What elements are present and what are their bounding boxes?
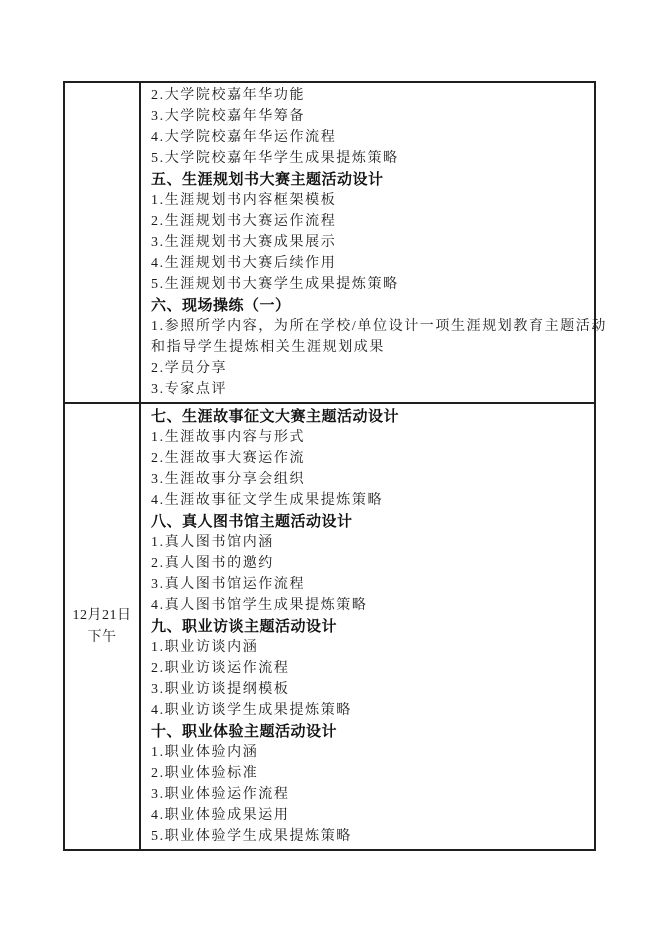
content-line: 4.大学院校嘉年华运作流程 bbox=[151, 127, 590, 148]
content-line: 1.生涯规划书内容框架模板 bbox=[151, 190, 590, 211]
content-line: 2.真人图书的邀约 bbox=[151, 553, 590, 574]
time-label: 12月21日 bbox=[67, 605, 137, 627]
content-line: 3.专家点评 bbox=[151, 379, 590, 400]
section-heading: 十、职业体验主题活动设计 bbox=[151, 721, 590, 742]
content-line: 5.职业体验学生成果提炼策略 bbox=[151, 826, 590, 847]
content-line: 和指导学生提炼相关生涯规划成果 bbox=[151, 337, 590, 358]
section-heading: 六、现场操练（一） bbox=[151, 295, 590, 316]
section-heading: 八、真人图书馆主题活动设计 bbox=[151, 511, 590, 532]
section-heading: 五、生涯规划书大赛主题活动设计 bbox=[151, 169, 590, 190]
time-label: 下午 bbox=[67, 627, 137, 649]
content-line: 3.大学院校嘉年华筹备 bbox=[151, 106, 590, 127]
content-line: 3.职业访谈提纲模板 bbox=[151, 679, 590, 700]
content-line: 2.大学院校嘉年华功能 bbox=[151, 85, 590, 106]
content-line: 2.生涯规划书大赛运作流程 bbox=[151, 211, 590, 232]
content-line: 2.职业访谈运作流程 bbox=[151, 658, 590, 679]
content-line: 5.生涯规划书大赛学生成果提炼策略 bbox=[151, 274, 590, 295]
content-line: 5.大学院校嘉年华学生成果提炼策略 bbox=[151, 148, 590, 169]
time-cell: 12月21日下午 bbox=[64, 403, 140, 850]
content-line: 4.真人图书馆学生成果提炼策略 bbox=[151, 595, 590, 616]
content-line: 1.生涯故事内容与形式 bbox=[151, 427, 590, 448]
content-line: 4.生涯故事征文学生成果提炼策略 bbox=[151, 490, 590, 511]
section-heading: 七、生涯故事征文大赛主题活动设计 bbox=[151, 406, 590, 427]
content-line: 3.生涯故事分享会组织 bbox=[151, 469, 590, 490]
content-line: 1.真人图书馆内涵 bbox=[151, 532, 590, 553]
content-line: 4.生涯规划书大赛后续作用 bbox=[151, 253, 590, 274]
content-line: 3.生涯规划书大赛成果展示 bbox=[151, 232, 590, 253]
schedule-table: 2.大学院校嘉年华功能3.大学院校嘉年华筹备4.大学院校嘉年华运作流程5.大学院… bbox=[63, 81, 596, 851]
content-line: 4.职业访谈学生成果提炼策略 bbox=[151, 700, 590, 721]
content-cell: 2.大学院校嘉年华功能3.大学院校嘉年华筹备4.大学院校嘉年华运作流程5.大学院… bbox=[140, 82, 595, 403]
content-line: 1.参照所学内容，为所在学校/单位设计一项生涯规划教育主题活动 bbox=[151, 316, 590, 337]
document-page: 2.大学院校嘉年华功能3.大学院校嘉年华筹备4.大学院校嘉年华运作流程5.大学院… bbox=[0, 0, 662, 936]
table-row: 12月21日下午七、生涯故事征文大赛主题活动设计1.生涯故事内容与形式2.生涯故… bbox=[64, 403, 595, 850]
content-line: 2.职业体验标准 bbox=[151, 763, 590, 784]
section-heading: 九、职业访谈主题活动设计 bbox=[151, 616, 590, 637]
table-row: 2.大学院校嘉年华功能3.大学院校嘉年华筹备4.大学院校嘉年华运作流程5.大学院… bbox=[64, 82, 595, 403]
time-cell bbox=[64, 82, 140, 403]
content-line: 2.学员分享 bbox=[151, 358, 590, 379]
content-line: 1.职业体验内涵 bbox=[151, 742, 590, 763]
content-line: 4.职业体验成果运用 bbox=[151, 805, 590, 826]
content-line: 3.真人图书馆运作流程 bbox=[151, 574, 590, 595]
content-cell: 七、生涯故事征文大赛主题活动设计1.生涯故事内容与形式2.生涯故事大赛运作流3.… bbox=[140, 403, 595, 850]
content-line: 2.生涯故事大赛运作流 bbox=[151, 448, 590, 469]
schedule-table-body: 2.大学院校嘉年华功能3.大学院校嘉年华筹备4.大学院校嘉年华运作流程5.大学院… bbox=[64, 82, 595, 850]
content-line: 1.职业访谈内涵 bbox=[151, 637, 590, 658]
content-line: 3.职业体验运作流程 bbox=[151, 784, 590, 805]
